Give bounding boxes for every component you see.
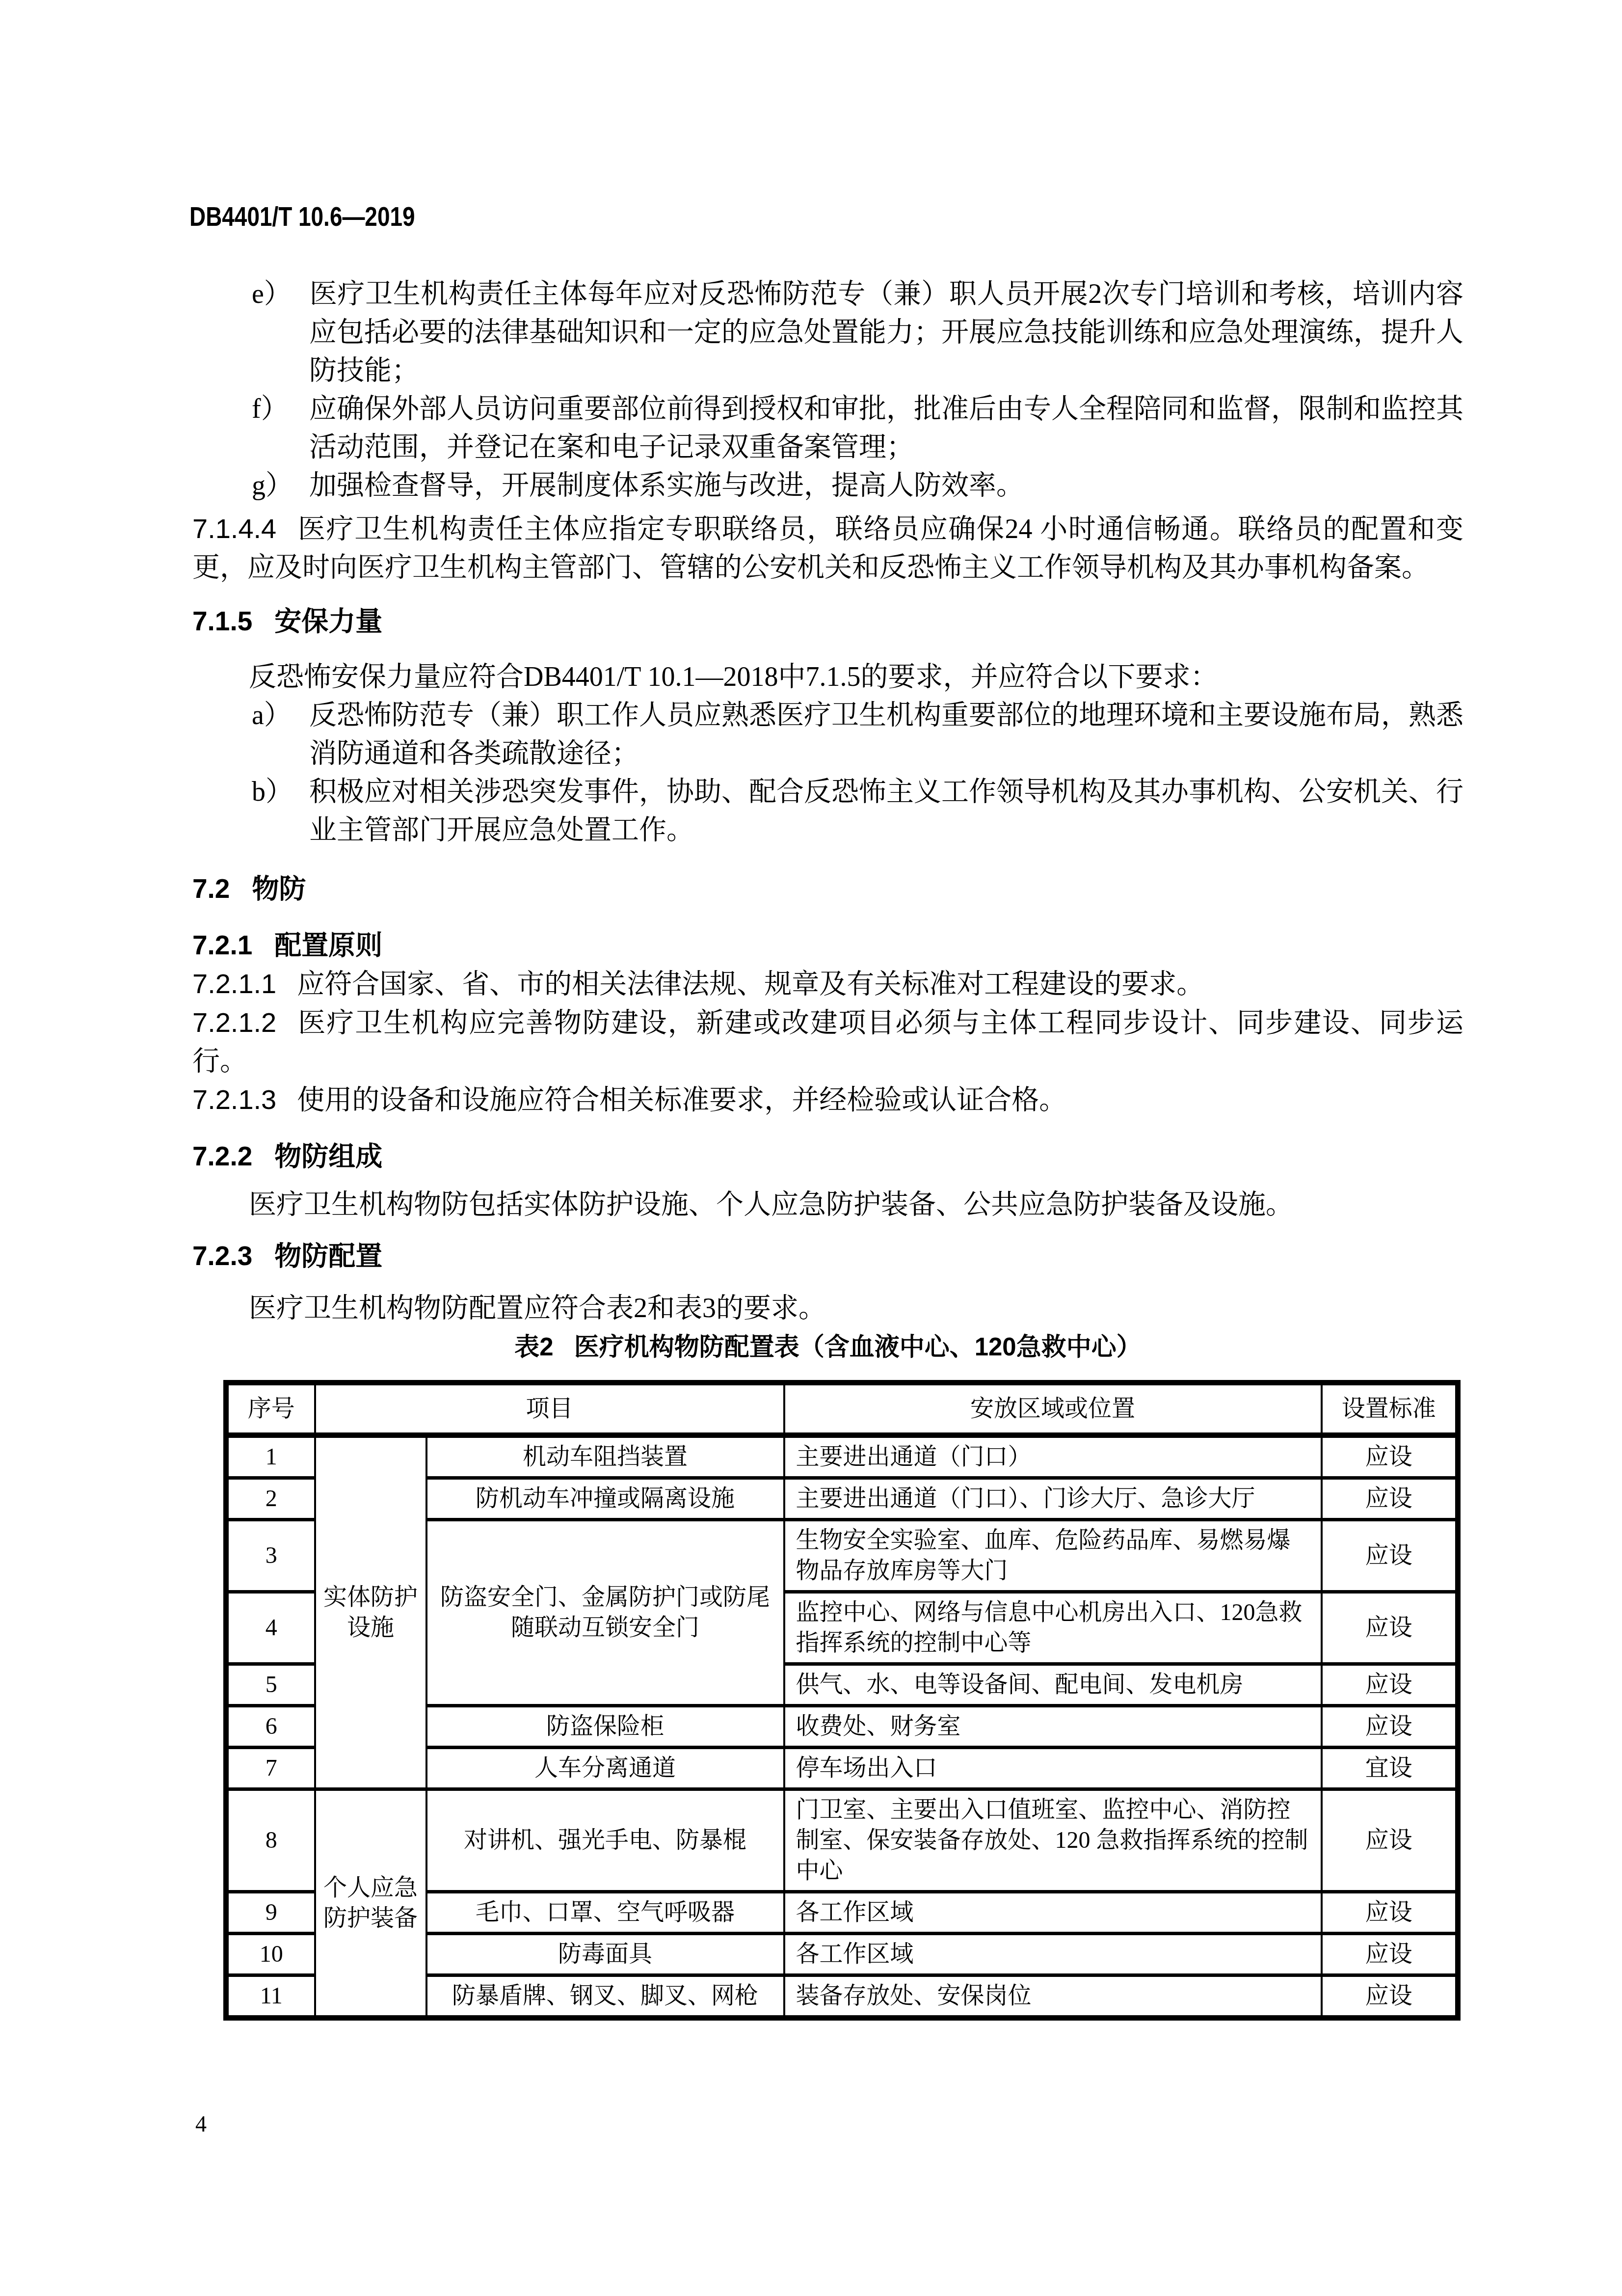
cell-no: 4 (226, 1592, 315, 1664)
cell-standard: 应设 (1322, 1706, 1458, 1748)
cell-item: 对讲机、强光手电、防暴棍 (426, 1789, 784, 1892)
cell-standard: 应设 (1322, 1478, 1458, 1520)
cell-location: 生物安全实验室、血库、危险药品库、易燃易爆物品存放库房等大门 (784, 1520, 1322, 1592)
heading-title: 物防配置 (274, 1241, 382, 1271)
heading-title: 安保力量 (274, 606, 382, 636)
doc-number: DB4401/T 10.6—2019 (189, 200, 415, 232)
para-composition: 医疗卫生机构物防包括实体防护设施、个人应急防护装备、公共应急防护装备及设施。 (192, 1186, 1463, 1224)
table-caption: 表2医疗机构物防配置表（含血液中心、120急救中心） (192, 1331, 1463, 1363)
cell-no: 6 (226, 1706, 315, 1748)
cell-standard: 应设 (1322, 1789, 1458, 1892)
col-header-standard: 设置标准 (1322, 1383, 1458, 1435)
heading-number: 7.2.3 (192, 1241, 252, 1271)
table-row: 1 实体防护设施 机动车阻挡装置 主要进出通道（门口） 应设 (226, 1435, 1458, 1478)
para-config: 医疗卫生机构物防配置应符合表2和表3的要求。 (192, 1289, 1463, 1327)
cell-location: 停车场出入口 (784, 1748, 1322, 1789)
list-item-label: g） (252, 466, 309, 505)
list-security: a）反恐怖防范专（兼）职工作人员应熟悉医疗卫生机构重要部位的地理环境和主要设施布… (192, 696, 1463, 849)
clause-7-1-4-4: 7.1.4.4医疗卫生机构责任主体应指定专职联络员，联络员应确保24 小时通信畅… (192, 510, 1463, 587)
list-item-text: 应确保外部人员访问重要部位前得到授权和审批，批准后由专人全程陪同和监督，限制和监… (309, 394, 1463, 462)
cell-location: 收费处、财务室 (784, 1706, 1322, 1748)
list-item-e: e）医疗卫生机构责任主体每年应对反恐怖防范专（兼）职人员开展2次专门培训和考核，… (192, 275, 1463, 390)
cell-no: 2 (226, 1478, 315, 1520)
clause-number: 7.2.1.1 (192, 968, 276, 999)
cell-standard: 宜设 (1322, 1748, 1458, 1789)
col-header-no: 序号 (226, 1383, 315, 1435)
list-item-label: a） (252, 696, 309, 734)
cell-no: 8 (226, 1789, 315, 1892)
document-page: DB4401/T 10.6—2019 e）医疗卫生机构责任主体每年应对反恐怖防范… (0, 0, 1622, 2296)
cell-item: 毛巾、口罩、空气呼吸器 (426, 1892, 784, 1934)
list-item-text: 医疗卫生机构责任主体每年应对反恐怖防范专（兼）职人员开展2次专门培训和考核，培训… (309, 279, 1463, 386)
cell-standard: 应设 (1322, 1592, 1458, 1664)
cell-no: 9 (226, 1892, 315, 1934)
list-item-a: a）反恐怖防范专（兼）职工作人员应熟悉医疗卫生机构重要部位的地理环境和主要设施布… (192, 696, 1463, 773)
cell-item: 人车分离通道 (426, 1748, 784, 1789)
list-item-label: e） (252, 275, 309, 313)
cell-location: 监控中心、网络与信息中心机房出入口、120急救指挥系统的控制中心等 (784, 1592, 1322, 1664)
cell-item: 防毒面具 (426, 1934, 784, 1975)
heading-7-2-2: 7.2.2物防组成 (192, 1136, 1463, 1176)
clause-number: 7.2.1.2 (192, 1007, 276, 1038)
cell-location: 各工作区域 (784, 1934, 1322, 1975)
heading-title: 配置原则 (274, 930, 382, 960)
clause-text: 应符合国家、省、市的相关法律法规、规章及有关标准对工程建设的要求。 (297, 969, 1204, 999)
clause-text: 使用的设备和设施应符合相关标准要求，并经检验或认证合格。 (297, 1085, 1066, 1115)
cell-no: 3 (226, 1520, 315, 1592)
clause-7-2-1-1: 7.2.1.1应符合国家、省、市的相关法律法规、规章及有关标准对工程建设的要求。 (192, 965, 1463, 1003)
cell-item: 防盗安全门、金属防护门或防尾随联动互锁安全门 (426, 1520, 784, 1706)
heading-number: 7.1.5 (192, 606, 252, 636)
col-header-location: 安放区域或位置 (784, 1383, 1322, 1435)
cell-no: 7 (226, 1748, 315, 1789)
clause-number: 7.2.1.3 (192, 1084, 276, 1115)
table-header-row: 序号 项目 安放区域或位置 设置标准 (226, 1383, 1458, 1435)
page-content: e）医疗卫生机构责任主体每年应对反恐怖防范专（兼）职人员开展2次专门培训和考核，… (192, 241, 1463, 2021)
list-item-label: b） (252, 773, 309, 811)
heading-7-1-5: 7.1.5安保力量 (192, 601, 1463, 641)
list-item-b: b）积极应对相关涉恐突发事件，协助、配合反恐怖主义工作领导机构及其办事机构、公安… (192, 773, 1463, 849)
group-personal-equipment: 个人应急防护装备 (315, 1789, 426, 2018)
heading-7-2-3: 7.2.3物防配置 (192, 1236, 1463, 1275)
heading-7-2-1: 7.2.1配置原则 (192, 925, 1463, 965)
group-physical-protection: 实体防护设施 (315, 1435, 426, 1789)
table-caption-label: 表2 (514, 1333, 553, 1361)
col-header-item: 项目 (315, 1383, 784, 1435)
cell-location: 主要进出通道（门口）、门诊大厅、急诊大厅 (784, 1478, 1322, 1520)
config-table: 序号 项目 安放区域或位置 设置标准 1 实体防护设施 机动车阻挡装置 主要进出… (223, 1380, 1461, 2021)
clause-text: 医疗卫生机构责任主体应指定专职联络员，联络员应确保24 小时通信畅通。联络员的配… (192, 514, 1463, 583)
cell-standard: 应设 (1322, 1975, 1458, 2018)
cell-standard: 应设 (1322, 1435, 1458, 1478)
cell-item: 防机动车冲撞或隔离设施 (426, 1478, 784, 1520)
cell-standard: 应设 (1322, 1892, 1458, 1934)
clause-7-2-1-2: 7.2.1.2医疗卫生机构应完善物防建设，新建或改建项目必须与主体工程同步设计、… (192, 1003, 1463, 1080)
list-item-label: f） (252, 390, 309, 428)
cell-item: 防暴盾牌、钢叉、脚叉、网枪 (426, 1975, 784, 2018)
list-item-text: 加强检查督导，开展制度体系实施与改进，提高人防效率。 (309, 470, 1024, 501)
cell-standard: 应设 (1322, 1520, 1458, 1592)
cell-item: 防盗保险柜 (426, 1706, 784, 1748)
list-training: e）医疗卫生机构责任主体每年应对反恐怖防范专（兼）职人员开展2次专门培训和考核，… (192, 275, 1463, 505)
cell-no: 11 (226, 1975, 315, 2018)
list-item-g: g）加强检查督导，开展制度体系实施与改进，提高人防效率。 (192, 466, 1463, 505)
cell-item: 机动车阻挡装置 (426, 1435, 784, 1478)
heading-title: 物防组成 (274, 1141, 382, 1171)
heading-number: 7.2 (192, 873, 230, 904)
list-item-text: 反恐怖防范专（兼）职工作人员应熟悉医疗卫生机构重要部位的地理环境和主要设施布局，… (309, 700, 1463, 769)
heading-number: 7.2.1 (192, 930, 252, 960)
heading-title: 物防 (252, 873, 306, 904)
heading-number: 7.2.2 (192, 1141, 252, 1171)
cell-location: 主要进出通道（门口） (784, 1435, 1322, 1478)
clause-number: 7.1.4.4 (192, 513, 276, 544)
list-item-text: 积极应对相关涉恐突发事件，协助、配合反恐怖主义工作领导机构及其办事机构、公安机关… (309, 777, 1463, 845)
cell-location: 装备存放处、安保岗位 (784, 1975, 1322, 2018)
table-caption-title: 医疗机构物防配置表（含血液中心、120急救中心） (574, 1333, 1142, 1361)
page-number: 4 (195, 2111, 207, 2137)
cell-no: 1 (226, 1435, 315, 1478)
clause-text: 医疗卫生机构应完善物防建设，新建或改建项目必须与主体工程同步设计、同步建设、同步… (192, 1008, 1463, 1077)
cell-location: 供气、水、电等设备间、配电间、发电机房 (784, 1664, 1322, 1706)
cell-no: 10 (226, 1934, 315, 1975)
cell-location: 各工作区域 (784, 1892, 1322, 1934)
cell-location: 门卫室、主要出入口值班室、监控中心、消防控制室、保安装备存放处、120 急救指挥… (784, 1789, 1322, 1892)
heading-7-2: 7.2物防 (192, 869, 1463, 908)
cell-standard: 应设 (1322, 1934, 1458, 1975)
clause-7-2-1-3: 7.2.1.3使用的设备和设施应符合相关标准要求，并经检验或认证合格。 (192, 1080, 1463, 1119)
list-item-f: f）应确保外部人员访问重要部位前得到授权和审批，批准后由专人全程陪同和监督，限制… (192, 390, 1463, 466)
para-security-intro: 反恐怖安保力量应符合DB4401/T 10.1—2018中7.1.5的要求，并应… (192, 658, 1463, 696)
cell-standard: 应设 (1322, 1664, 1458, 1706)
table-row: 8 个人应急防护装备 对讲机、强光手电、防暴棍 门卫室、主要出入口值班室、监控中… (226, 1789, 1458, 1892)
cell-no: 5 (226, 1664, 315, 1706)
